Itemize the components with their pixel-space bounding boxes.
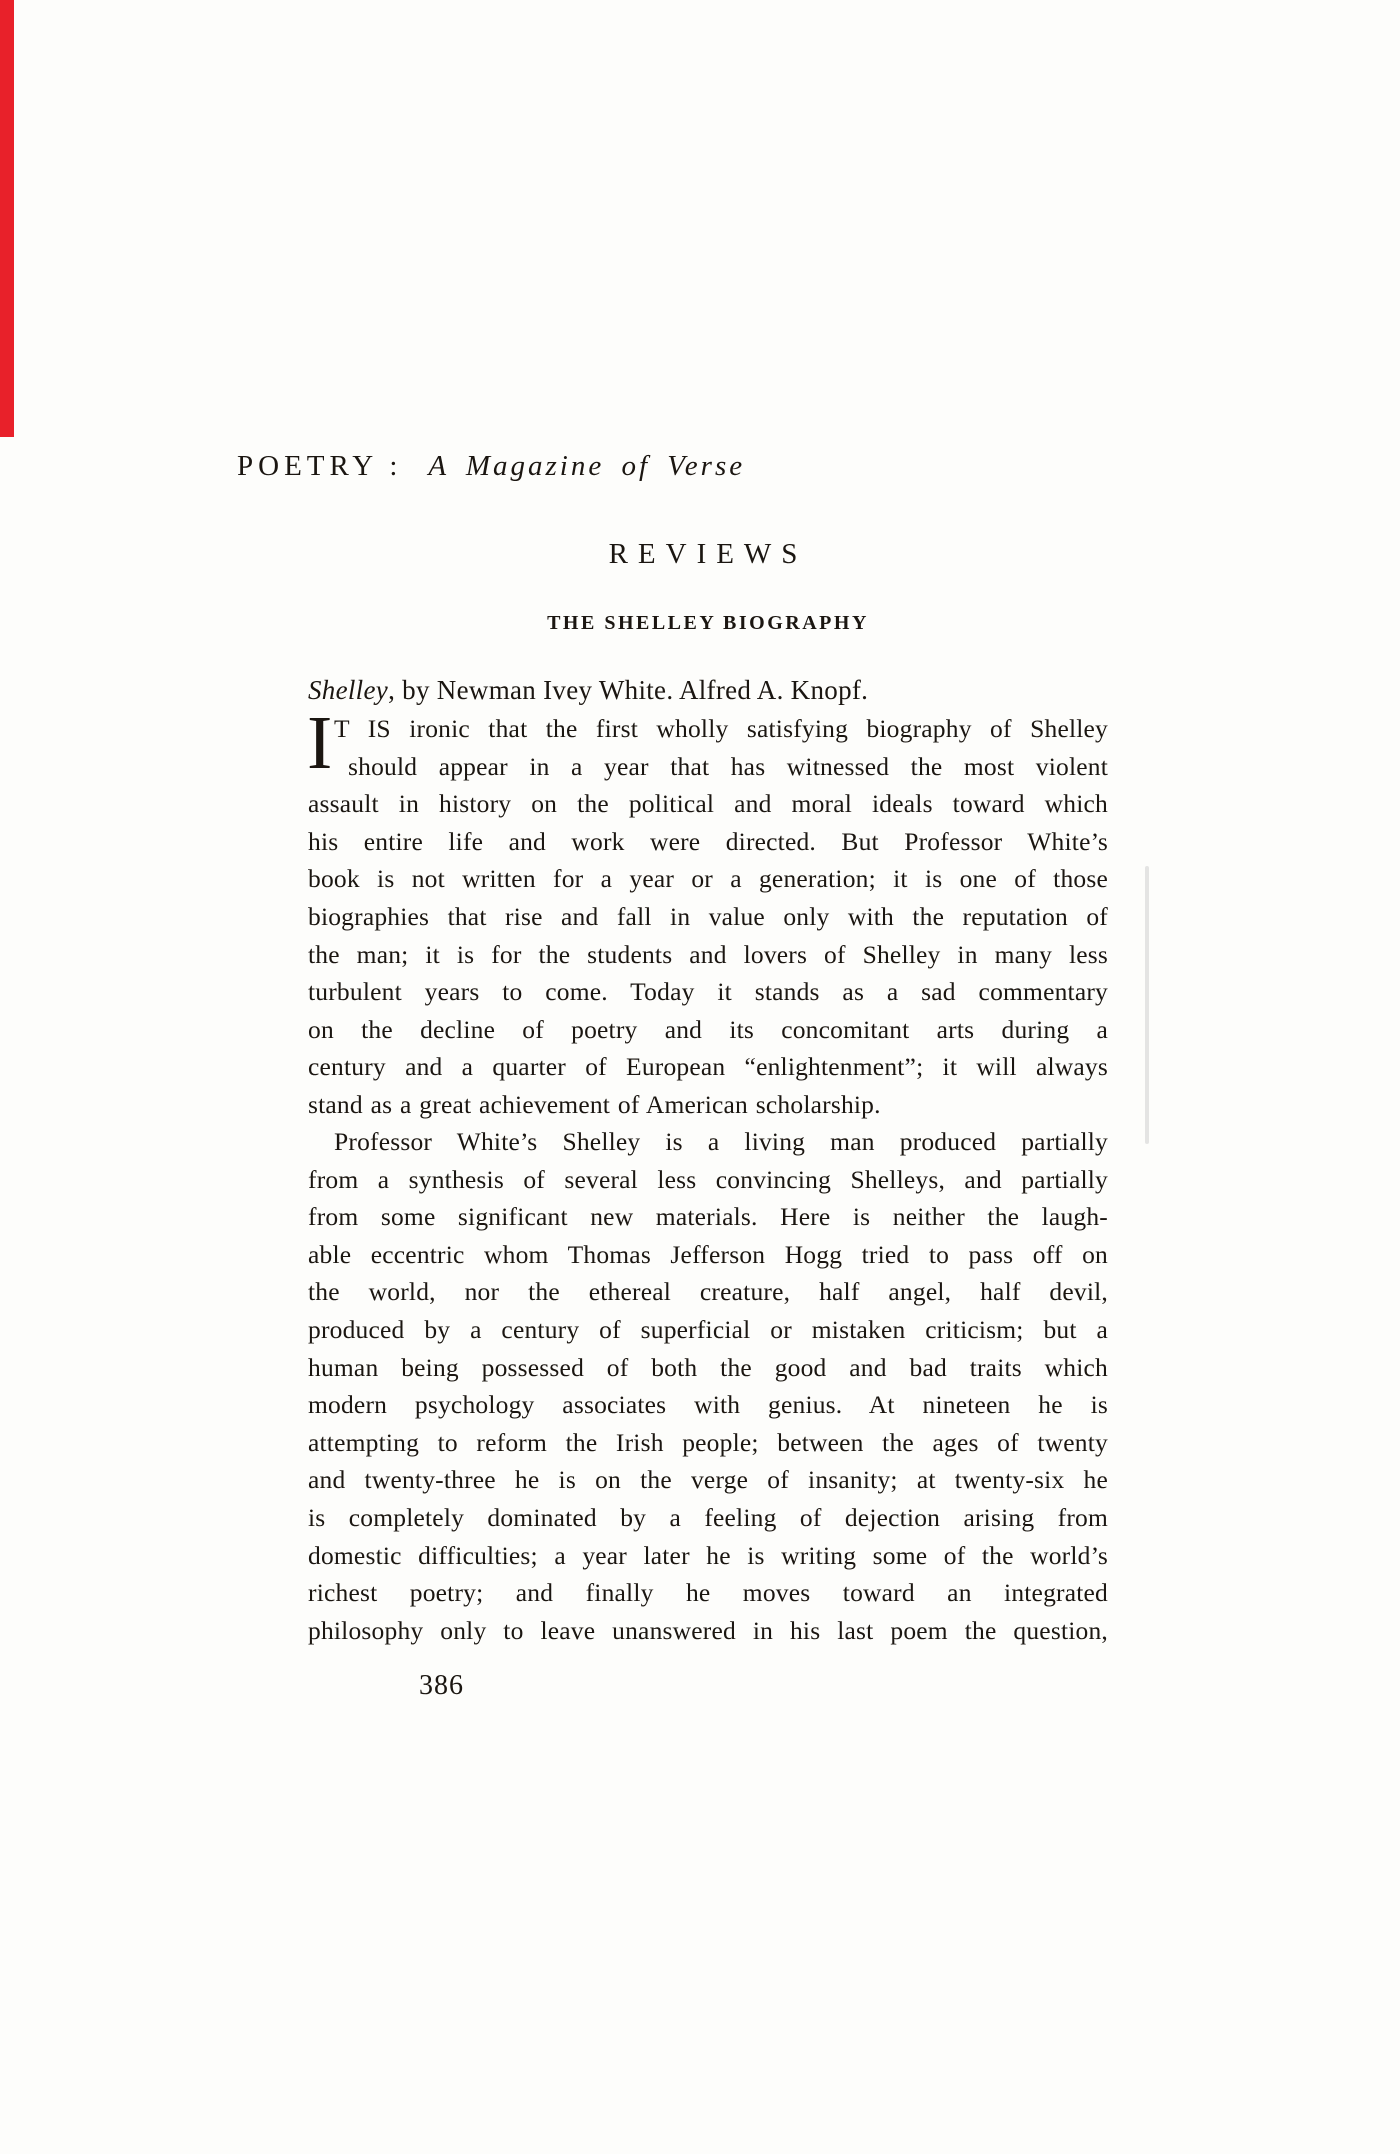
text-line: T IS ironic that the first wholly satisf… xyxy=(308,710,1108,748)
text-line: century and a quarter of European “enlig… xyxy=(308,1048,1108,1086)
text-line: assault in history on the political and … xyxy=(308,785,1108,823)
text-line: able eccentric whom Thomas Jefferson Hog… xyxy=(308,1236,1108,1274)
text-line: the man; it is for the students and love… xyxy=(308,936,1108,974)
text-line: richest poetry; and finally he moves tow… xyxy=(308,1574,1108,1612)
text-line: philosophy only to leave unanswered in h… xyxy=(308,1612,1108,1650)
section-heading: REVIEWS xyxy=(308,537,1108,571)
magazine-subtitle: A Magazine of Verse xyxy=(428,450,745,482)
paragraph-2: Professor White’s Shelley is a living ma… xyxy=(308,1123,1108,1649)
text-line: Professor White’s Shelley is a living ma… xyxy=(308,1123,1108,1161)
red-scan-strip xyxy=(0,0,14,437)
text-line: from a synthesis of several less convinc… xyxy=(308,1161,1108,1199)
text-line: modern psychology associates with genius… xyxy=(308,1386,1108,1424)
text-line: turbulent years to come. Today it stands… xyxy=(308,973,1108,1011)
text-line: his entire life and work were directed. … xyxy=(308,823,1108,861)
text-line: should appear in a year that has witness… xyxy=(308,748,1108,786)
page-number: 386 xyxy=(419,1669,464,1703)
text-line: stand as a great achievement of American… xyxy=(308,1086,1108,1124)
text-line: produced by a century of superficial or … xyxy=(308,1311,1108,1349)
text-line: human being possessed of both the good a… xyxy=(308,1349,1108,1387)
text-line: is completely dominated by a feeling of … xyxy=(308,1499,1108,1537)
book-reference-line: Shelley, by Newman Ivey White. Alfred A.… xyxy=(308,673,868,707)
text-line: on the decline of poetry and its concomi… xyxy=(308,1011,1108,1049)
text-line: biographies that rise and fall in value … xyxy=(308,898,1108,936)
text-line: book is not written for a year or a gene… xyxy=(308,860,1108,898)
book-reference-rest: , by Newman Ivey White. Alfred A. Knopf. xyxy=(388,675,868,705)
magazine-title: POETRY : xyxy=(237,450,402,482)
magazine-page: POETRY :A Magazine of Verse REVIEWS THE … xyxy=(0,0,1400,2154)
running-head: POETRY :A Magazine of Verse xyxy=(237,448,745,484)
article-heading: THE SHELLEY BIOGRAPHY xyxy=(308,610,1108,636)
text-line: and twenty-three he is on the verge of i… xyxy=(308,1461,1108,1499)
paragraph-1: T IS ironic that the first wholly satisf… xyxy=(308,710,1108,1124)
text-line: the world, nor the ethereal creature, ha… xyxy=(308,1273,1108,1311)
text-line: attempting to reform the Irish people; b… xyxy=(308,1424,1108,1462)
page-edge-shadow-line xyxy=(1145,866,1149,1144)
text-line: domestic difficulties; a year later he i… xyxy=(308,1537,1108,1575)
text-line: from some significant new materials. Her… xyxy=(308,1198,1108,1236)
